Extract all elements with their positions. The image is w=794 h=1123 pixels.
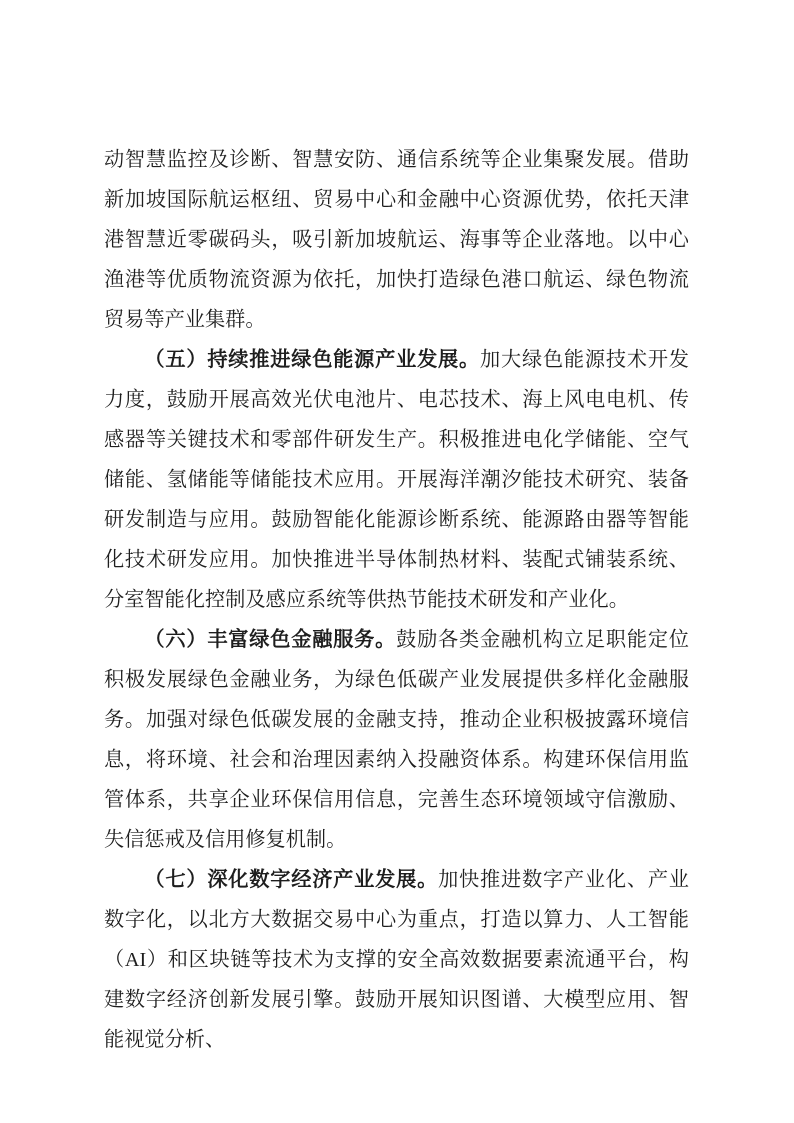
section-7-heading: （七）深化数字经济产业发展。 — [144, 869, 438, 891]
document-body: 动智慧监控及诊断、智慧安防、通信系统等企业集聚发展。借助新加坡国际航运枢纽、贸易… — [104, 140, 689, 1060]
paragraph-text: 加快推进数字产业化、产业数字化，以北方大数据交易中心为重点，打造以算力、人工智能… — [104, 869, 689, 1051]
paragraph-text: 动智慧监控及诊断、智慧安防、通信系统等企业集聚发展。借助新加坡国际航运枢纽、贸易… — [104, 149, 689, 331]
paragraph-text: 鼓励各类金融机构立足职能定位积极发展绿色金融业务，为绿色低碳产业发展提供多样化金… — [104, 629, 689, 851]
paragraph-continuation: 动智慧监控及诊断、智慧安防、通信系统等企业集聚发展。借助新加坡国际航运枢纽、贸易… — [104, 140, 689, 340]
paragraph-section-6: （六）丰富绿色金融服务。鼓励各类金融机构立足职能定位积极发展绿色金融业务，为绿色… — [104, 620, 689, 860]
section-6-heading: （六）丰富绿色金融服务。 — [144, 629, 396, 651]
paragraph-text: 加大绿色能源技术开发力度，鼓励开展高效光伏电池片、电芯技术、海上风电电机、传感器… — [104, 349, 689, 611]
document-page: 动智慧监控及诊断、智慧安防、通信系统等企业集聚发展。借助新加坡国际航运枢纽、贸易… — [0, 0, 794, 1123]
paragraph-section-7: （七）深化数字经济产业发展。加快推进数字产业化、产业数字化，以北方大数据交易中心… — [104, 860, 689, 1060]
section-5-heading: （五）持续推进绿色能源产业发展。 — [144, 349, 480, 371]
paragraph-section-5: （五）持续推进绿色能源产业发展。加大绿色能源技术开发力度，鼓励开展高效光伏电池片… — [104, 340, 689, 620]
